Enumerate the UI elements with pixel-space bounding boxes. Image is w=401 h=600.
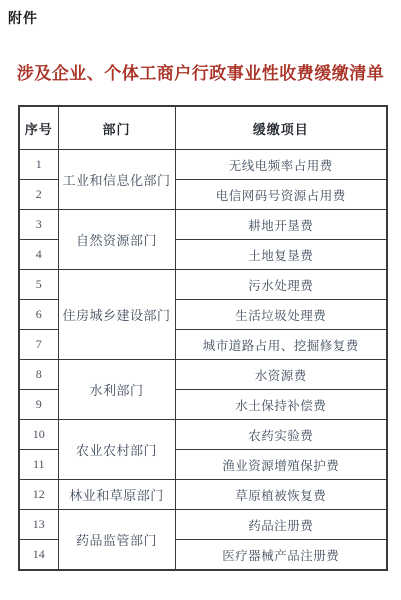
table-row: 1工业和信息化部门无线电频率占用费	[19, 150, 387, 180]
department-cell: 林业和草原部门	[58, 480, 175, 510]
serial-number-cell: 10	[19, 420, 58, 450]
fee-item-cell: 电信网码号资源占用费	[175, 180, 387, 210]
department-cell: 药品监管部门	[58, 510, 175, 571]
department-cell: 自然资源部门	[58, 210, 175, 270]
department-cell: 农业农村部门	[58, 420, 175, 480]
serial-number-cell: 8	[19, 360, 58, 390]
fee-item-cell: 渔业资源增殖保护费	[175, 450, 387, 480]
serial-number-cell: 6	[19, 300, 58, 330]
document-page: 附件 涉及企业、个体工商户行政事业性收费缓缴清单 序号 部门 缓缴项目 1工业和…	[0, 0, 401, 600]
fee-item-cell: 草原植被恢复费	[175, 480, 387, 510]
fee-item-cell: 城市道路占用、挖掘修复费	[175, 330, 387, 360]
fee-item-cell: 水土保持补偿费	[175, 390, 387, 420]
fee-deferral-table: 序号 部门 缓缴项目 1工业和信息化部门无线电频率占用费2电信网码号资源占用费3…	[18, 105, 388, 571]
table-row: 8水利部门水资源费	[19, 360, 387, 390]
serial-number-cell: 12	[19, 480, 58, 510]
serial-number-cell: 13	[19, 510, 58, 540]
department-cell: 水利部门	[58, 360, 175, 420]
column-header-serial: 序号	[19, 106, 58, 150]
table-row: 5住房城乡建设部门污水处理费	[19, 270, 387, 300]
serial-number-cell: 9	[19, 390, 58, 420]
fee-item-cell: 医疗器械产品注册费	[175, 540, 387, 571]
table-row: 10农业农村部门农药实验费	[19, 420, 387, 450]
fee-table-body: 1工业和信息化部门无线电频率占用费2电信网码号资源占用费3自然资源部门耕地开垦费…	[19, 150, 387, 571]
attachment-label: 附件	[8, 8, 401, 28]
serial-number-cell: 7	[19, 330, 58, 360]
serial-number-cell: 4	[19, 240, 58, 270]
serial-number-cell: 1	[19, 150, 58, 180]
fee-item-cell: 无线电频率占用费	[175, 150, 387, 180]
table-row: 12林业和草原部门草原植被恢复费	[19, 480, 387, 510]
department-cell: 住房城乡建设部门	[58, 270, 175, 360]
serial-number-cell: 5	[19, 270, 58, 300]
serial-number-cell: 2	[19, 180, 58, 210]
document-title: 涉及企业、个体工商户行政事业性收费缓缴清单	[0, 59, 401, 84]
department-cell: 工业和信息化部门	[58, 150, 175, 210]
column-header-fee-item: 缓缴项目	[175, 106, 387, 150]
serial-number-cell: 14	[19, 540, 58, 571]
column-header-department: 部门	[58, 106, 175, 150]
table-header: 序号 部门 缓缴项目	[19, 106, 387, 150]
fee-item-cell: 土地复垦费	[175, 240, 387, 270]
table-row: 13药品监管部门药品注册费	[19, 510, 387, 540]
header-row: 序号 部门 缓缴项目	[19, 106, 387, 150]
fee-item-cell: 耕地开垦费	[175, 210, 387, 240]
fee-item-cell: 药品注册费	[175, 510, 387, 540]
fee-item-cell: 农药实验费	[175, 420, 387, 450]
fee-item-cell: 生活垃圾处理费	[175, 300, 387, 330]
serial-number-cell: 11	[19, 450, 58, 480]
serial-number-cell: 3	[19, 210, 58, 240]
table-row: 3自然资源部门耕地开垦费	[19, 210, 387, 240]
fee-item-cell: 污水处理费	[175, 270, 387, 300]
fee-item-cell: 水资源费	[175, 360, 387, 390]
